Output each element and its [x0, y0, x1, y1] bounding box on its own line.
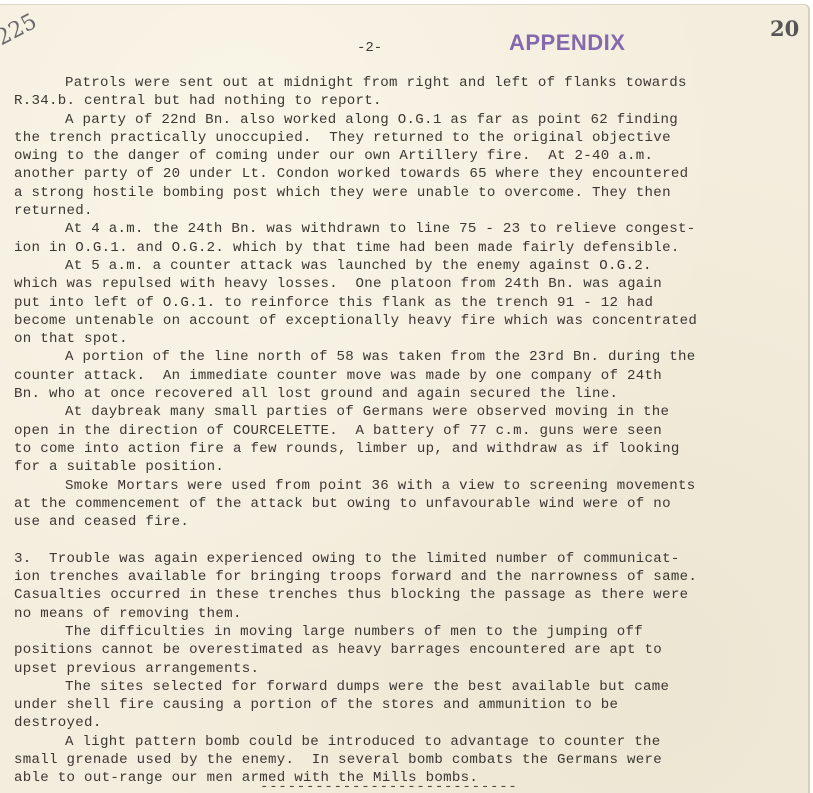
folio-number-handwritten: 225	[0, 9, 41, 51]
paragraph: The difficulties in moving large numbers…	[14, 623, 804, 678]
text-line: At daybreak many small parties of German…	[14, 403, 804, 421]
text-line: The difficulties in moving large numbers…	[14, 623, 804, 641]
text-line: become untenable on account of exception…	[14, 312, 804, 330]
text-line: 3. Trouble was again experienced owing t…	[14, 550, 804, 568]
text-line: R.34.b. central but had nothing to repor…	[14, 92, 804, 110]
paragraph: At 5 a.m. a counter attack was launched …	[14, 257, 804, 348]
paragraph: At daybreak many small parties of German…	[14, 403, 804, 476]
paragraph: A party of 22nd Bn. also worked along O.…	[14, 111, 804, 221]
text-line: ion in O.G.1. and O.G.2. which by that t…	[14, 239, 804, 257]
text-line: open in the direction of COURCELETTE. A …	[14, 422, 804, 440]
text-line: to come into action fire a few rounds, l…	[14, 440, 804, 458]
paragraph: The sites selected for forward dumps wer…	[14, 678, 804, 733]
paragraph: Patrols were sent out at midnight from r…	[14, 74, 804, 111]
text-line: small grenade used by the enemy. In seve…	[14, 751, 804, 769]
folio-number-stamped: 20	[770, 16, 799, 41]
text-line: under shell fire causing a portion of th…	[14, 696, 804, 714]
text-line: upset previous arrangements.	[14, 660, 804, 678]
text-line: ion trenches available for bringing troo…	[14, 568, 804, 586]
blank-line	[14, 531, 804, 549]
document-body: Patrols were sent out at midnight from r…	[14, 74, 804, 788]
text-line: A light pattern bomb could be introduced…	[14, 733, 804, 751]
document-page: 225 20 -2- APPENDIX Patrols were sent ou…	[0, 4, 810, 793]
text-line: the trench practically unoccupied. They …	[14, 129, 804, 147]
text-line: The sites selected for forward dumps wer…	[14, 678, 804, 696]
text-line: positions cannot be overestimated as hea…	[14, 641, 804, 659]
text-line: no means of removing them.	[14, 605, 804, 623]
text-line: Casualties occurred in these trenches th…	[14, 586, 804, 604]
text-line: returned.	[14, 202, 804, 220]
text-line: owing to the danger of coming under our …	[14, 147, 804, 165]
paragraph: Smoke Mortars were used from point 36 wi…	[14, 477, 804, 532]
page-number: -2-	[357, 40, 382, 56]
text-line: on that spot.	[14, 330, 804, 348]
text-line: Smoke Mortars were used from point 36 wi…	[14, 477, 804, 495]
paragraph: 3. Trouble was again experienced owing t…	[14, 550, 804, 623]
text-line: destroyed.	[14, 714, 804, 732]
text-line: Bn. who at once recovered all lost groun…	[14, 385, 804, 403]
text-line: at the commencement of the attack but ow…	[14, 495, 804, 513]
paragraph: At 4 a.m. the 24th Bn. was withdrawn to …	[14, 220, 804, 257]
text-line: use and ceased fire.	[14, 513, 804, 531]
text-line: put into left of O.G.1. to reinforce thi…	[14, 294, 804, 312]
appendix-stamp: APPENDIX	[509, 30, 625, 56]
text-line: A party of 22nd Bn. also worked along O.…	[14, 111, 804, 129]
text-line: which was repulsed with heavy losses. On…	[14, 275, 804, 293]
text-line: another party of 20 under Lt. Condon wor…	[14, 165, 804, 183]
closing-rule: ----------------------------	[260, 779, 518, 793]
text-line: At 4 a.m. the 24th Bn. was withdrawn to …	[14, 220, 804, 238]
text-line: for a suitable position.	[14, 458, 804, 476]
paragraph: A portion of the line north of 58 was ta…	[14, 348, 804, 403]
text-line: a strong hostile bombing post which they…	[14, 184, 804, 202]
text-line: counter attack. An immediate counter mov…	[14, 367, 804, 385]
text-line: Patrols were sent out at midnight from r…	[14, 74, 804, 92]
text-line: At 5 a.m. a counter attack was launched …	[14, 257, 804, 275]
text-line: A portion of the line north of 58 was ta…	[14, 348, 804, 366]
